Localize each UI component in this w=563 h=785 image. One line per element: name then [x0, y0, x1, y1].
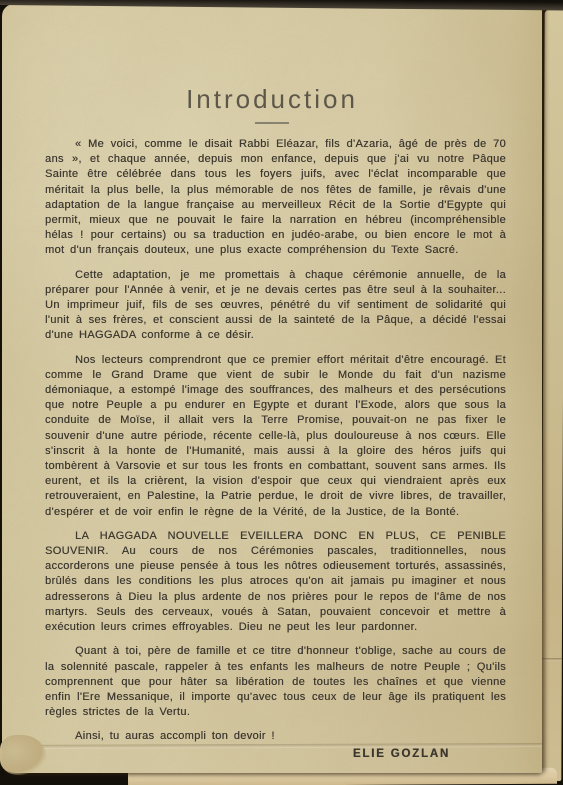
- scanned-book-photo: Introduction « Me voici, comme le disait…: [0, 0, 563, 785]
- page-title: Introduction: [2, 4, 542, 115]
- paragraph-4: LA HAGGADA NOUVELLE EVEILLERA DONC EN PL…: [45, 529, 506, 635]
- paragraph-1: « Me voici, comme le disait Rabbi Eléaza…: [45, 137, 506, 259]
- title-rule: [255, 122, 289, 124]
- paragraph-2: Cette adaptation, je me promettais à cha…: [45, 268, 506, 344]
- paragraph-3: Nos lecteurs comprendront que ce premier…: [45, 353, 506, 520]
- torn-corner: [0, 735, 46, 775]
- author-signature: ELIE GOZLAN: [45, 748, 506, 760]
- page-edge-crease: [542, 658, 562, 661]
- book-pages-edge-right: [541, 10, 563, 781]
- paragraph-5: Quant à toi, père de famille et ce titre…: [45, 644, 506, 720]
- book-page: Introduction « Me voici, comme le disait…: [2, 4, 542, 773]
- closing-line: Ainsi, tu auras accompli ton devoir !: [45, 729, 506, 744]
- body-text: « Me voici, comme le disait Rabbi Eléaza…: [45, 137, 506, 760]
